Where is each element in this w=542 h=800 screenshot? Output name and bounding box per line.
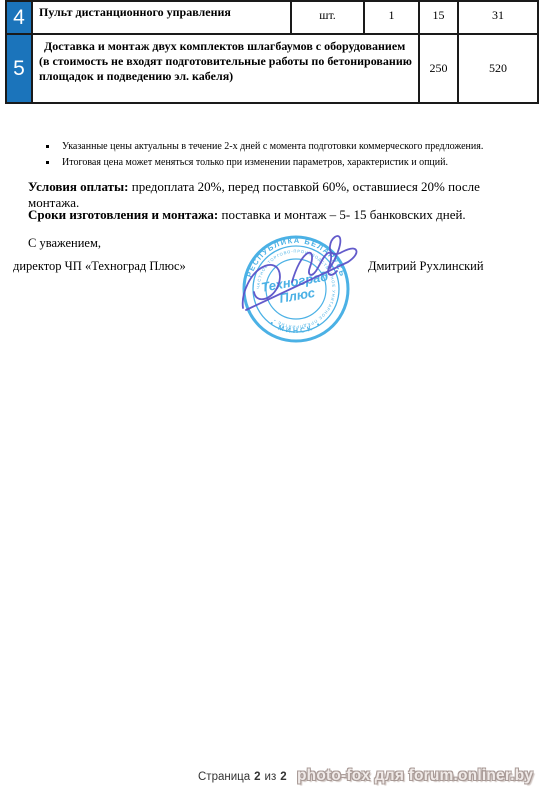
note-item: Указанные цены актуальны в течение 2-х д… bbox=[58, 139, 542, 155]
payment-terms-label: Условия оплаты: bbox=[28, 179, 128, 194]
item-description: Пульт дистанционного управления bbox=[32, 1, 291, 34]
signer-name: Дмитрий Рухлинский bbox=[368, 259, 484, 274]
company-stamp: РЕСПУБЛИКА БЕЛАРУСЬ • МИНСК • ЧАСТНОЕ ТО… bbox=[232, 228, 362, 350]
unit-cell: шт. bbox=[291, 1, 364, 34]
table-row: 5 Доставка и монтаж двух комплектов шлаг… bbox=[6, 34, 538, 103]
timing-terms-text: поставка и монтаж – 5- 15 банковских дне… bbox=[218, 207, 465, 222]
page-counter-total: 2 bbox=[280, 771, 286, 783]
price-col2-cell: 31 bbox=[458, 1, 538, 34]
page-counter-of: из bbox=[265, 771, 277, 783]
page-counter-prefix: Страница bbox=[198, 771, 250, 783]
page-counter: Страница 2 из 2 bbox=[198, 771, 287, 783]
table-row: 4 Пульт дистанционного управления шт. 1 … bbox=[6, 1, 538, 34]
price-col2-cell: 520 bbox=[458, 34, 538, 103]
price-col1-cell: 15 bbox=[419, 1, 458, 34]
round-stamp: РЕСПУБЛИКА БЕЛАРУСЬ • МИНСК • ЧАСТНОЕ ТО… bbox=[244, 236, 348, 341]
note-item: Итоговая цена может меняться только при … bbox=[58, 155, 542, 171]
watermark-text: photo-fox для forum.onliner.by bbox=[297, 767, 533, 785]
row-number-cell: 4 bbox=[6, 1, 32, 34]
price-table: 4 Пульт дистанционного управления шт. 1 … bbox=[5, 0, 539, 104]
qty-cell: 1 bbox=[364, 1, 419, 34]
page-counter-number: 2 bbox=[254, 771, 260, 783]
row-number-cell: 5 bbox=[6, 34, 32, 103]
director-title: директор ЧП «Техноград Плюс» bbox=[13, 259, 186, 274]
item-description: Доставка и монтаж двух комплектов шлагба… bbox=[32, 34, 419, 103]
timing-terms-line: Сроки изготовления и монтажа: поставка и… bbox=[28, 207, 528, 223]
timing-terms-label: Сроки изготовления и монтажа: bbox=[28, 207, 218, 222]
salutation-text: С уважением, bbox=[28, 236, 101, 251]
price-col1-cell: 250 bbox=[419, 34, 458, 103]
notes-list: Указанные цены актуальны в течение 2-х д… bbox=[40, 139, 542, 170]
stamp-and-signature-graphic: РЕСПУБЛИКА БЕЛАРУСЬ • МИНСК • ЧАСТНОЕ ТО… bbox=[232, 228, 362, 350]
document-page: 4 Пульт дистанционного управления шт. 1 … bbox=[0, 0, 542, 800]
